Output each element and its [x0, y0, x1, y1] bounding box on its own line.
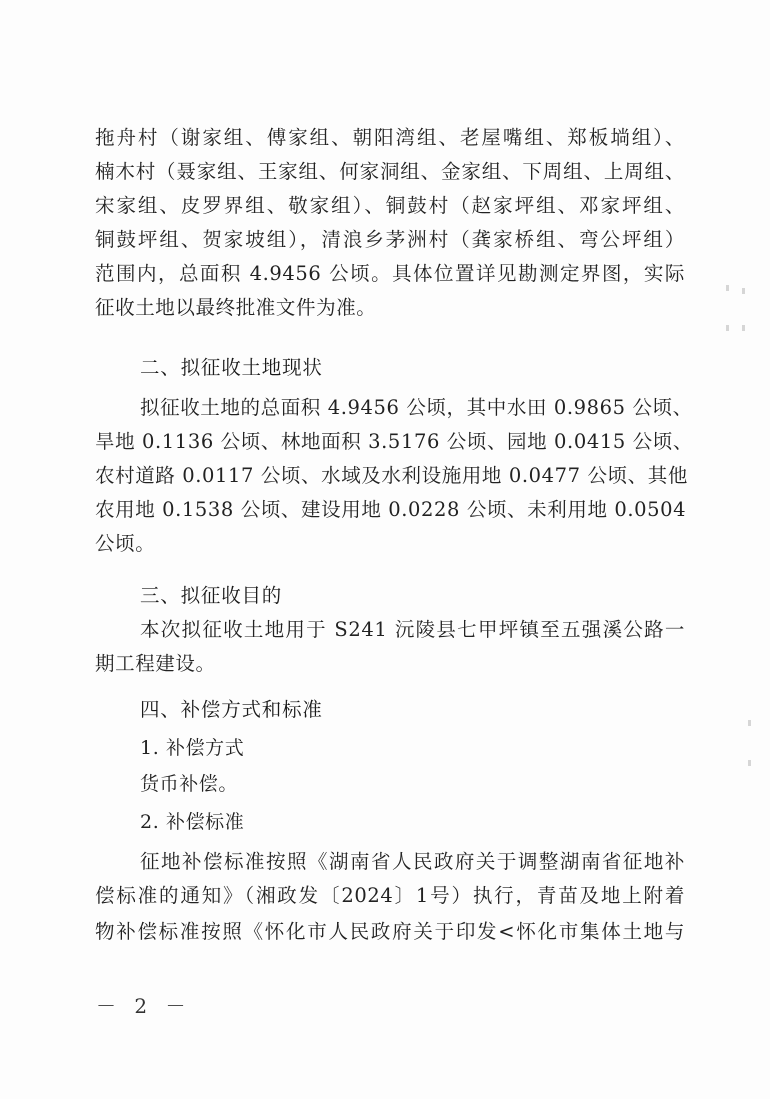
section-3-heading: 三、拟征收目的: [140, 583, 282, 609]
scan-mark: [742, 325, 745, 331]
scope-line-6: 征收土地以最终批准文件为准。: [95, 295, 685, 321]
compensation-standard-line-1: 征地补偿标准按照《湖南省人民政府关于调整湖南省征地补: [140, 849, 685, 875]
scope-line-5: 范围内，总面积 4.9456 公顷。具体位置详见勘测定界图，实际: [95, 261, 685, 287]
section-2-heading: 二、拟征收土地现状: [140, 355, 323, 381]
section-3-line-2: 期工程建设。: [95, 651, 685, 677]
scan-mark: [742, 288, 745, 294]
section-2-line-5: 公顷。: [95, 531, 685, 557]
scan-mark: [748, 720, 751, 726]
compensation-standard-line-2: 偿标准的通知》（湘政发〔2024〕1号）执行，青苗及地上附着: [95, 883, 685, 909]
compensation-standard-line-3: 物补偿标准按照《怀化市人民政府关于印发<怀化市集体土地与: [95, 919, 685, 945]
section-2-line-4: 农用地 0.1538 公顷、建设用地 0.0228 公顷、未利用地 0.0504: [95, 497, 685, 523]
compensation-standard-title: 2. 补偿标准: [140, 809, 244, 835]
page-number: － 2 －: [96, 990, 191, 1019]
scope-line-3: 宋家组、皮罗界组、敬家组）、铜鼓村（赵家坪组、邓家坪组、: [95, 193, 685, 219]
section-2-line-2: 旱地 0.1136 公顷、林地面积 3.5176 公顷、园地 0.0415 公顷…: [95, 429, 685, 455]
scope-line-1: 拖舟村（谢家组、傅家组、朝阳湾组、老屋嘴组、郑板埫组）、: [95, 125, 685, 151]
document-page: 拖舟村（谢家组、傅家组、朝阳湾组、老屋嘴组、郑板埫组）、 楠木村（聂家组、王家组…: [0, 0, 770, 1099]
scan-mark: [726, 325, 729, 331]
scan-mark: [748, 760, 751, 766]
section-2-line-1: 拟征收土地的总面积 4.9456 公顷，其中水田 0.9865 公顷、: [140, 395, 685, 421]
compensation-method-text: 货币补偿。: [140, 771, 238, 797]
section-2-line-3: 农村道路 0.0117 公顷、水域及水利设施用地 0.0477 公顷、其他: [95, 463, 685, 489]
section-4-heading: 四、补偿方式和标准: [140, 697, 323, 723]
scope-line-4: 铜鼓坪组、贺家坡组），清浪乡茅洲村（龚家桥组、弯公坪组）: [95, 227, 685, 253]
scope-line-2: 楠木村（聂家组、王家组、何家洞组、金家组、下周组、上周组、: [95, 159, 685, 185]
compensation-method-title: 1. 补偿方式: [140, 735, 244, 761]
section-3-line-1: 本次拟征收土地用于 S241 沅陵县七甲坪镇至五强溪公路一: [140, 617, 685, 643]
scan-mark: [726, 285, 729, 291]
